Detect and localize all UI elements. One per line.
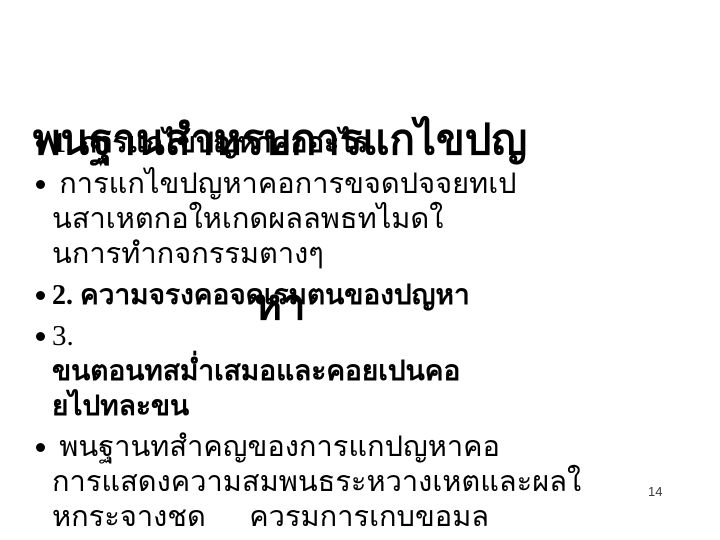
- bullet-line: นสาเหตกอใหเกดผลลพธทไมดใ: [52, 202, 686, 237]
- bullet-line: 1. การแกไขปญหาคออะไร: [52, 126, 686, 161]
- bullet-line: พนฐานทสำคญของการแกปญหาคอ: [52, 430, 686, 465]
- bullet-line: นการทำกจกรรมตางๆ: [52, 237, 686, 272]
- bullet-icon: [36, 180, 45, 189]
- bullet-line: การแสดงความสมพนธระหวางเหตและผลใ: [52, 465, 686, 500]
- bullet-line: 3.: [52, 319, 686, 354]
- list-item: การแกไขปญหาคอการขจดปจจยทเป นสาเหตกอใหเกด…: [36, 167, 686, 272]
- bullet-icon: [36, 332, 45, 341]
- bullet-line: ขนตอนทสม่ำเสมอและคอยเปนคอ: [52, 354, 686, 389]
- bullet-icon: [36, 139, 45, 148]
- bullet-icon: [36, 291, 45, 300]
- bullet-line: 2. ความจรงคอจดเรมตนของปญหา: [52, 278, 686, 313]
- list-item: 1. การแกไขปญหาคออะไร: [36, 126, 686, 161]
- bullet-icon: [36, 443, 45, 452]
- list-item: 2. ความจรงคอจดเรมตนของปญหา: [36, 278, 686, 313]
- list-item: พนฐานทสำคญของการแกปญหาคอ การแสดงความสมพน…: [36, 430, 686, 535]
- bullet-line: ยไปทละขน: [52, 389, 686, 424]
- bullet-list: 1. การแกไขปญหาคออะไร การแกไขปญหาคอการขจด…: [36, 126, 686, 540]
- page-number: 14: [648, 484, 662, 499]
- bullet-line: การแกไขปญหาคอการขจดปจจยทเป: [52, 167, 686, 202]
- slide: พนฐานสำหรบการแกไขปญ หา 1. การแกไขปญหาคออ…: [0, 0, 720, 540]
- list-item: 3. ขนตอนทสม่ำเสมอและคอยเปนคอ ยไปทละขน: [36, 319, 686, 424]
- bullet-line: หกระจางชด ควรมการเกบขอมล: [52, 500, 686, 535]
